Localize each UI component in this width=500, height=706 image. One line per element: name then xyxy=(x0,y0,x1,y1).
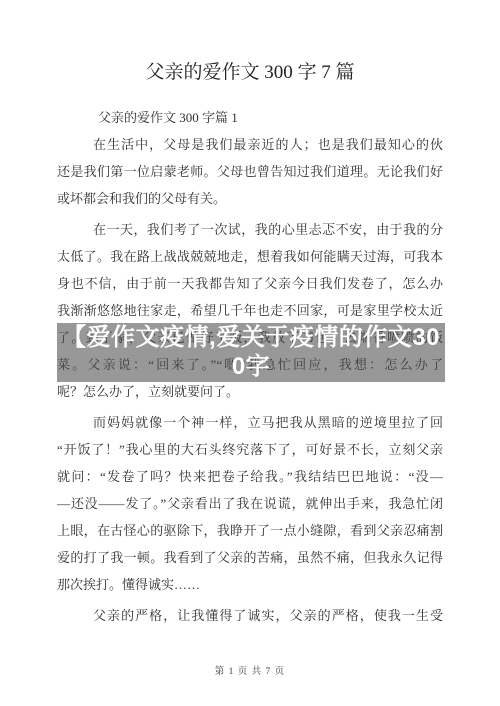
paragraph-line: “开饭了！”我心里的大石头终究落下了，可好景不长，立刻父亲 xyxy=(57,436,443,463)
watermark-text-line1: 【爱作文疫情,爱关于疫情的作文300字 xyxy=(57,323,445,381)
page-title: 父亲的爱作文 300 字 7 篇 xyxy=(57,60,443,86)
essay-paragraph-4: 父亲的严格，让我懂得了诚实，父亲的严格，使我一生受益。 xyxy=(57,602,443,629)
paragraph-line: 而妈妈就像一个神一样，立马把我从黑暗的逆境里拉了回来： xyxy=(57,409,443,436)
paragraph-line: 还是我们第一位启蒙老师。父母也曾告知过我们道理。无论我们好 xyxy=(57,158,443,185)
watermark-overlay-banner[interactable]: 【爱作文疫情,爱关于疫情的作文300字 】 xyxy=(57,323,445,382)
section-heading: 父亲的爱作文 300 字篇 1 xyxy=(57,104,443,131)
paragraph-line: 身也不信，由于前一天我都告知了父亲今日我们发卷了，怎么办呢？ xyxy=(57,270,443,297)
paragraph-line: 在一天，我们考了一次试，我的心里忐忑不安，由于我的分数 xyxy=(57,216,443,243)
page-number: 第 1 页 共 7 页 xyxy=(215,667,285,677)
document-page: 父亲的爱作文 300 字 7 篇 父亲的爱作文 300 字篇 1 在生活中，父母… xyxy=(0,0,500,706)
watermark-text-line2: 】 xyxy=(57,381,445,410)
page-footer: 第 1 页 共 7 页 xyxy=(0,661,500,679)
paragraph-line: 上眼，在古怪心的驱除下，我睁开了一点小缝隙，看到父亲忍痛割 xyxy=(57,517,443,544)
paragraph-line: 那次挨打。懂得诚实…… xyxy=(57,571,443,598)
essay-paragraph-1: 在生活中，父母是我们最亲近的人；也是我们最知心的伙伴； 还是我们第一位启蒙老师。… xyxy=(57,131,443,212)
paragraph-line: 或坏都会和我们的父母有关。 xyxy=(57,185,443,212)
paragraph-line: 父亲的严格，让我懂得了诚实，父亲的严格，使我一生受益。 xyxy=(57,602,443,629)
paragraph-line: 爱的打了我一顿。我看到了父亲的苦痛，虽然不痛，但我永久记得 xyxy=(57,544,443,571)
essay-paragraph-3: 而妈妈就像一个神一样，立马把我从黑暗的逆境里拉了回来： “开饭了！”我心里的大石… xyxy=(57,409,443,598)
document-content: 父亲的爱作文 300 字 7 篇 父亲的爱作文 300 字篇 1 在生活中，父母… xyxy=(0,0,500,633)
paragraph-line: 在生活中，父母是我们最亲近的人；也是我们最知心的伙伴； xyxy=(57,131,443,158)
paragraph-line: 就问：“发卷了吗？快来把卷子给我。”我结结巴巴地说：“没— xyxy=(57,463,443,490)
paragraph-line: 我渐渐悠悠地往家走，希望几千年也走不回家，可是家里学校太近 xyxy=(57,297,443,324)
paragraph-line: 太低了。我在路上战战兢兢地走，想着我如何能瞒天过海，可我本 xyxy=(57,243,443,270)
paragraph-line: —还没——发了。”父亲看出了我在说谎，就伸出手来，我急忙闭 xyxy=(57,490,443,517)
